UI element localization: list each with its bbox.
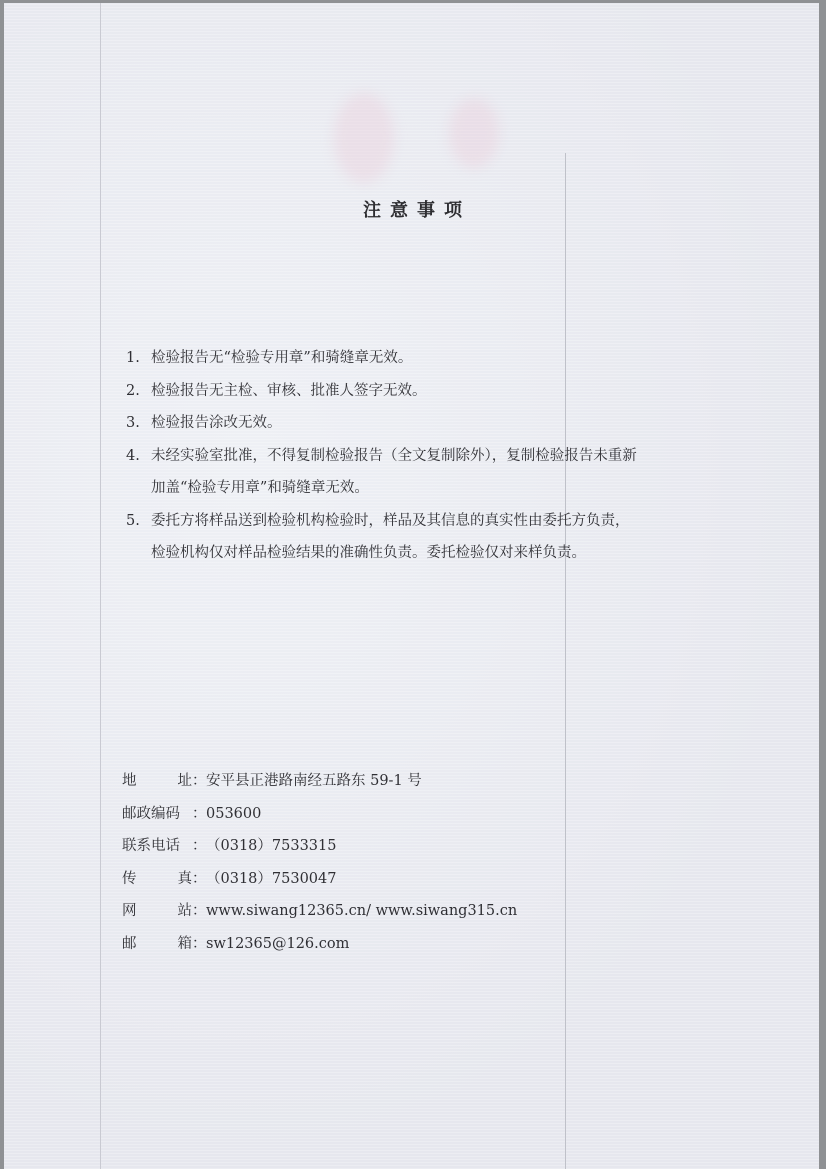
note-item-4: 4. 未经实验室批准，不得复制检验报告（全文复制除外），复制检验报告未重新 加盖… (126, 440, 746, 505)
note-text: 委托方将样品送到检验机构检验时，样品及其信息的真实性由委托方负责， (151, 505, 746, 538)
note-item-1: 1. 检验报告无“检验专用章”和骑缝章无效。 (126, 342, 746, 375)
contact-colon: ： (192, 765, 206, 798)
contact-label: 邮 箱 (122, 928, 192, 961)
note-text-continued: 检验机构仅对样品检验结果的准确性负责。委托检验仅对来样负责。 (151, 537, 746, 570)
postal-code-value: 053600 (206, 798, 261, 831)
contact-colon: ： (192, 895, 206, 928)
fold-line (100, 3, 101, 1169)
note-number: 2. (126, 375, 140, 408)
note-number: 1. (126, 342, 140, 375)
notes-list: 1. 检验报告无“检验专用章”和骑缝章无效。 2. 检验报告无主检、审核、批准人… (126, 342, 746, 570)
note-item-2: 2. 检验报告无主检、审核、批准人签字无效。 (126, 375, 746, 408)
contact-colon: ： (192, 863, 206, 896)
website-value: www.siwang12365.cn/ www.siwang315.cn (206, 895, 517, 928)
note-item-3: 3. 检验报告涂改无效。 (126, 407, 746, 440)
contact-label: 传 真 (122, 863, 192, 896)
note-number: 5. (126, 505, 140, 538)
note-number: 3. (126, 407, 140, 440)
note-text: 检验报告涂改无效。 (151, 407, 746, 440)
address-value: 安平县正港路南经五路东 59-1 号 (206, 765, 422, 798)
contact-phone: 联系电话 ： （0318）7533315 (122, 830, 517, 863)
contact-label: 地 址 (122, 765, 192, 798)
faint-stamp-mark (334, 93, 394, 183)
note-number: 4. (126, 440, 140, 473)
phone-value: （0318）7533315 (206, 830, 336, 863)
contact-colon: ： (192, 798, 206, 831)
email-value: sw12365@126.com (206, 928, 349, 961)
fold-line (565, 153, 566, 1169)
contact-label: 网 站 (122, 895, 192, 928)
faint-stamp-mark (449, 98, 499, 168)
contact-colon: ： (192, 830, 206, 863)
contact-postal-code: 邮政编码 ： 053600 (122, 798, 517, 831)
note-item-5: 5. 委托方将样品送到检验机构检验时，样品及其信息的真实性由委托方负责， 检验机… (126, 505, 746, 570)
contact-website: 网 站 ： www.siwang12365.cn/ www.siwang315.… (122, 895, 517, 928)
fax-value: （0318）7530047 (206, 863, 336, 896)
contact-email: 邮 箱 ： sw12365@126.com (122, 928, 517, 961)
contact-label: 联系电话 (122, 830, 192, 863)
note-text: 检验报告无主检、审核、批准人签字无效。 (151, 375, 746, 408)
contact-label: 邮政编码 (122, 798, 192, 831)
note-text: 检验报告无“检验专用章”和骑缝章无效。 (151, 342, 746, 375)
document-page (4, 3, 819, 1169)
note-text: 未经实验室批准，不得复制检验报告（全文复制除外），复制检验报告未重新 (151, 440, 746, 473)
contact-block: 地 址 ： 安平县正港路南经五路东 59-1 号 邮政编码 ： 053600 联… (122, 765, 517, 960)
page-title: 注意事项 (0, 196, 826, 222)
note-text-continued: 加盖“检验专用章”和骑缝章无效。 (151, 472, 746, 505)
contact-address: 地 址 ： 安平县正港路南经五路东 59-1 号 (122, 765, 517, 798)
contact-colon: ： (192, 928, 206, 961)
contact-fax: 传 真 ： （0318）7530047 (122, 863, 517, 896)
